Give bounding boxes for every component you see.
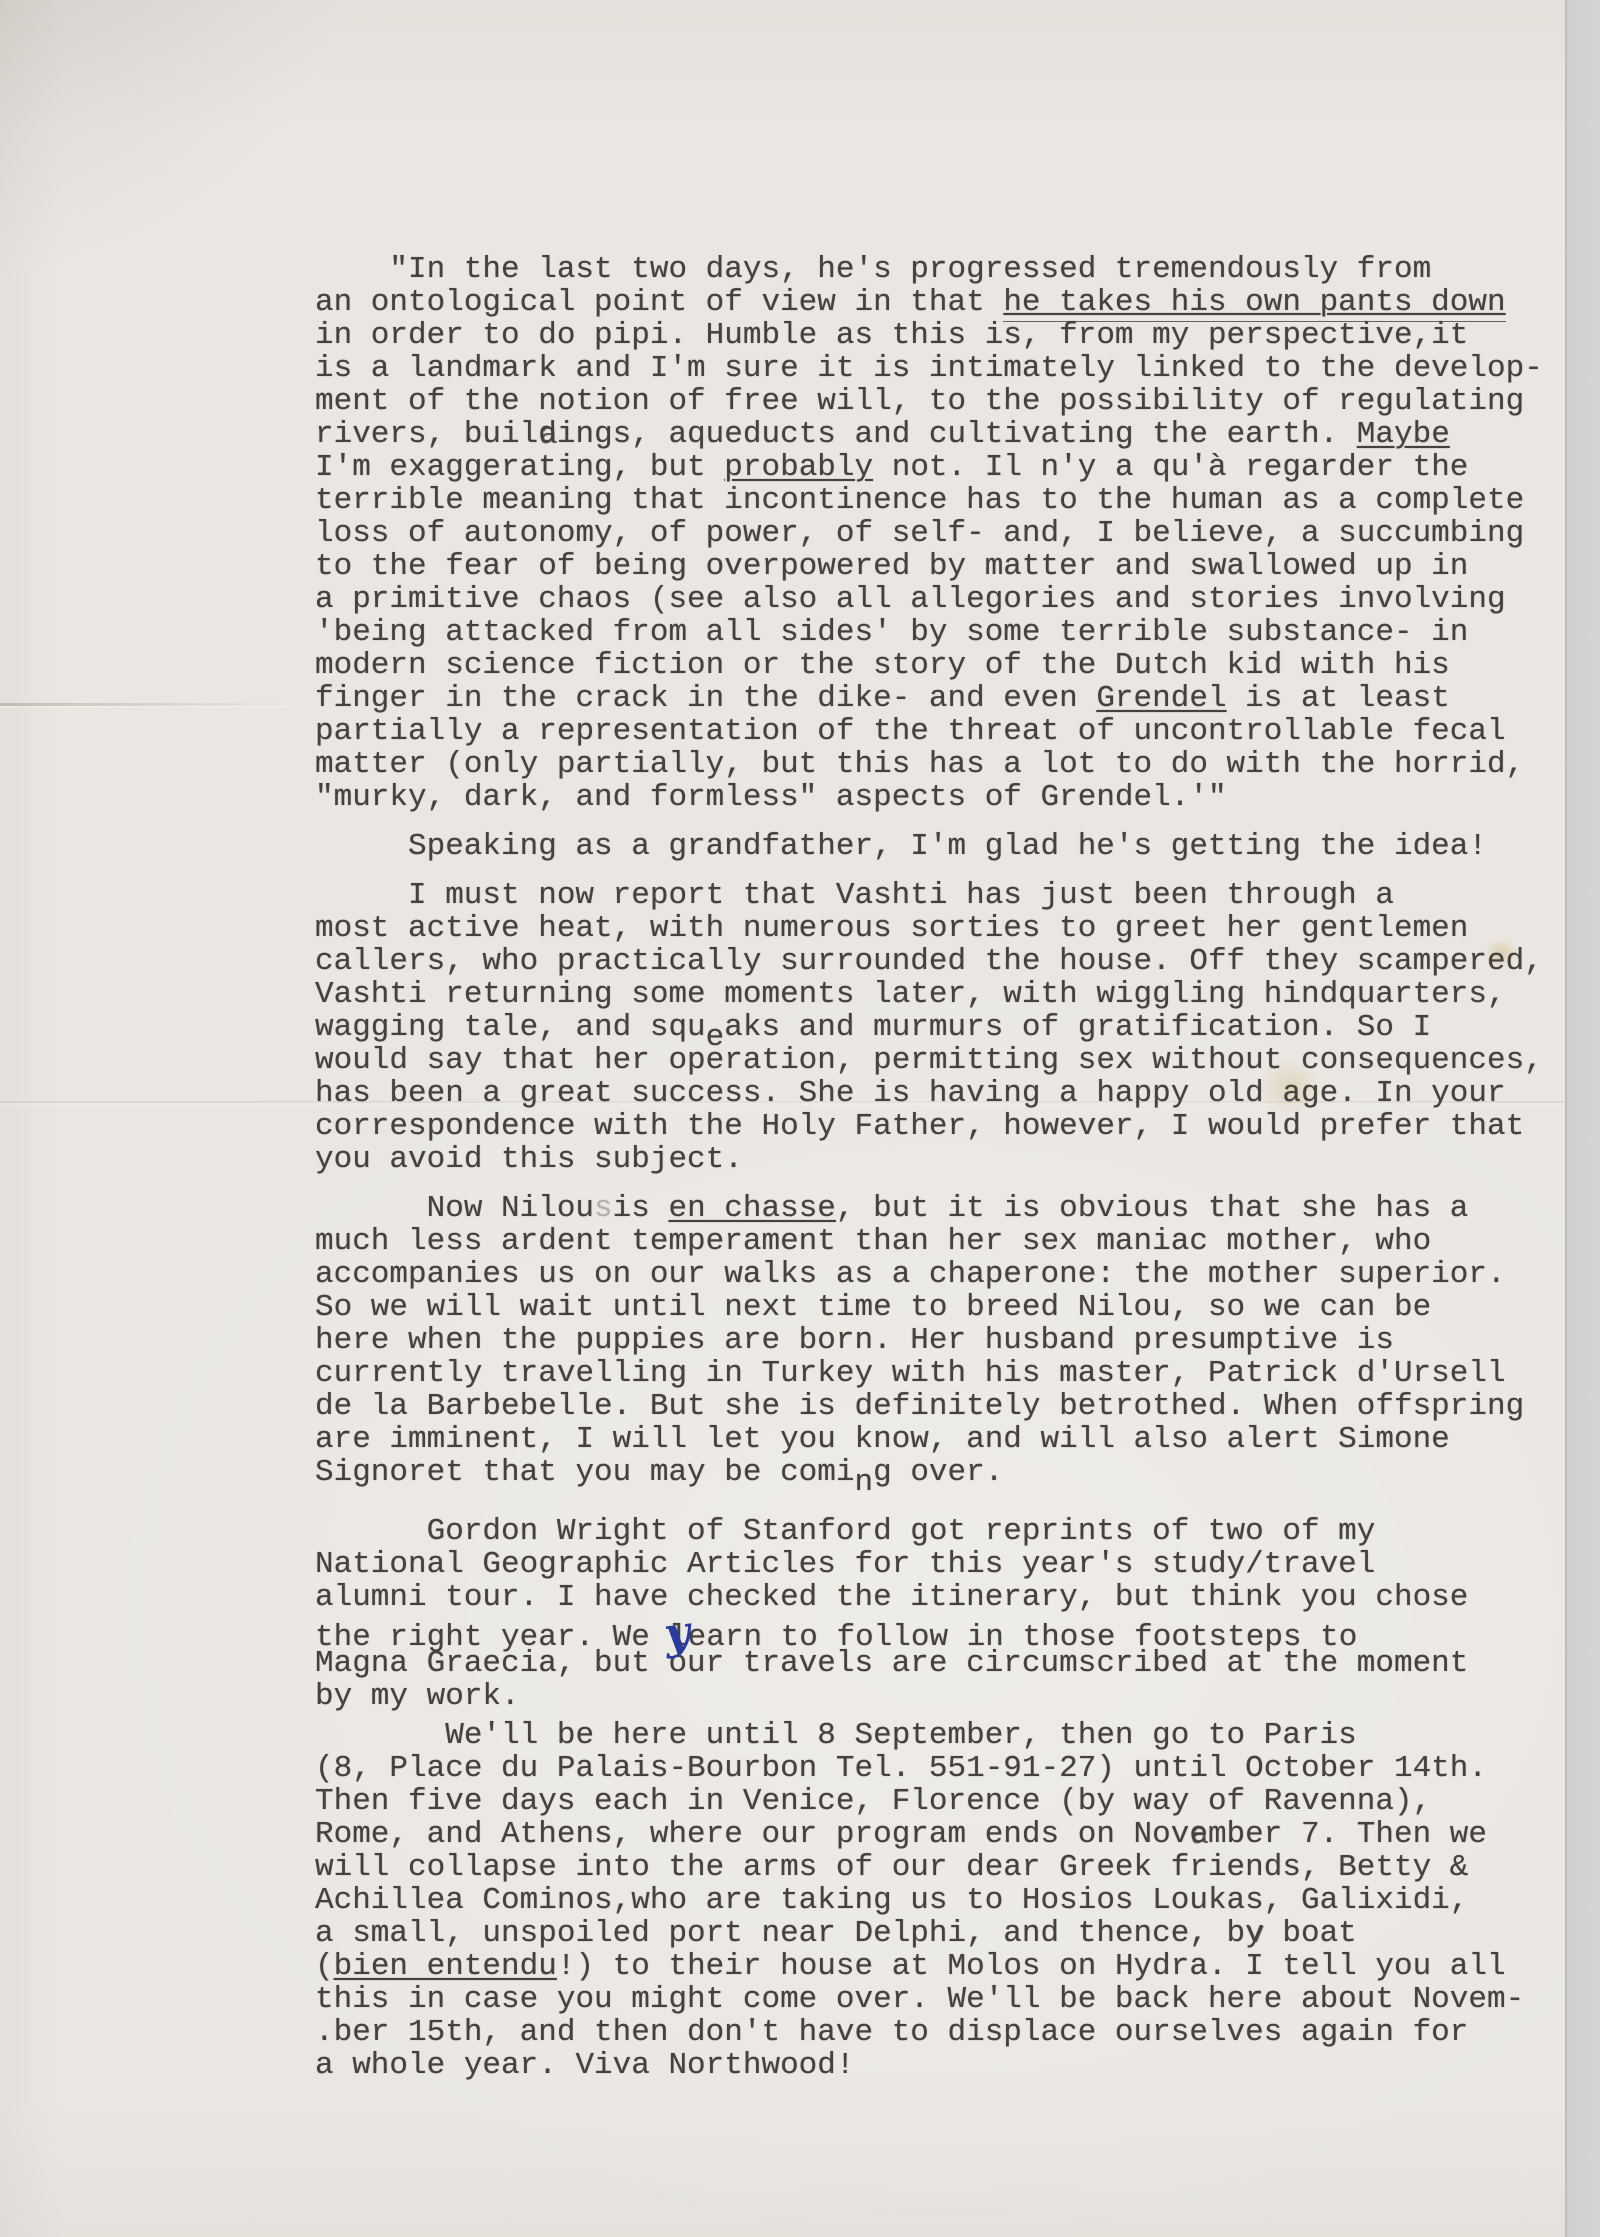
paragraph: I must now report that Vashti has just b… — [315, 879, 1565, 1176]
text-line: Magna Graecia, but our travels are circu… — [315, 1647, 1565, 1680]
text-line: correspondence with the Holy Father, how… — [315, 1110, 1565, 1143]
paragraph: We'll be here until 8 September, then go… — [315, 1719, 1565, 2082]
paragraph: Gordon Wright of Stanford got reprints o… — [315, 1515, 1565, 1713]
text-line: "murky, dark, and formless" aspects of G… — [315, 781, 1565, 814]
text-line: Vashti returning some moments later, wit… — [315, 978, 1565, 1011]
text-line: 'being attacked from all sides' by some … — [315, 616, 1565, 649]
text-line: So we will wait until next time to breed… — [315, 1291, 1565, 1324]
text-line: partially a representation of the threat… — [315, 715, 1565, 748]
text-line: are imminent, I will let you know, and w… — [315, 1423, 1565, 1456]
text-line: a whole year. Viva Northwood! — [315, 2049, 1565, 2082]
text-line: by my work. — [315, 1680, 1565, 1713]
text-line: terrible meaning that incontinence has t… — [315, 484, 1565, 517]
text-line: a primitive chaos (see also all allegori… — [315, 583, 1565, 616]
text-line: wagging tale, and squeaks and murmurs of… — [315, 1011, 1565, 1044]
text-line: Gordon Wright of Stanford got reprints o… — [315, 1515, 1565, 1548]
text-line: is a landmark and I'm sure it is intimat… — [315, 352, 1565, 385]
text-line: a small, unspoiled port near Delphi, and… — [315, 1917, 1565, 1950]
text-line: de la Barbebelle. But she is definitely … — [315, 1390, 1565, 1423]
paragraph: "In the last two days, he's progressed t… — [315, 253, 1565, 814]
text-line: "In the last two days, he's progressed t… — [315, 253, 1565, 286]
text-line: matter (only partially, but this has a l… — [315, 748, 1565, 781]
text-line: this in case you might come over. We'll … — [315, 1983, 1565, 2016]
text-line: (8, Place du Palais-Bourbon Tel. 551-91-… — [315, 1752, 1565, 1785]
text-line: callers, who practically surrounded the … — [315, 945, 1565, 978]
paper-edge — [1565, 0, 1600, 2237]
text-line: ment of the notion of free will, to the … — [315, 385, 1565, 418]
letter-body: "In the last two days, he's progressed t… — [0, 0, 1565, 2237]
text-line: an ontological point of view in that he … — [315, 286, 1565, 319]
text-line: loss of autonomy, of power, of self- and… — [315, 517, 1565, 550]
text-line: I'm exaggerating, but probably not. Il n… — [315, 451, 1565, 484]
text-line: much less ardent temperament than her se… — [315, 1225, 1565, 1258]
text-line: has been a great success. She is having … — [315, 1077, 1565, 1110]
text-line: Then five days each in Venice, Florence … — [315, 1785, 1565, 1818]
text-line: National Geographic Articles for this ye… — [315, 1548, 1565, 1581]
text-line: here when the puppies are born. Her husb… — [315, 1324, 1565, 1357]
text-line: you avoid this subject. — [315, 1143, 1565, 1176]
text-line: Achillea Cominos,who are taking us to Ho… — [315, 1884, 1565, 1917]
text-line: would say that her operation, permitting… — [315, 1044, 1565, 1077]
text-line: accompanies us on our walks as a chapero… — [315, 1258, 1565, 1291]
text-line: We'll be here until 8 September, then go… — [315, 1719, 1565, 1752]
text-line: Now Nilousis en chasse, but it is obviou… — [315, 1192, 1565, 1225]
text-line: rivers, buildings, aqueducts and cultiva… — [315, 418, 1565, 451]
text-line: (bien entendu!) to their house at Molos … — [315, 1950, 1565, 1983]
text-line: Signoret that you may be coming over. — [315, 1456, 1565, 1489]
scan-background: { "colors": { "paper": "#eae7e2", "ink":… — [0, 0, 1600, 2237]
paragraph: Now Nilousis en chasse, but it is obviou… — [315, 1192, 1565, 1489]
text-line: I must now report that Vashti has just b… — [315, 879, 1565, 912]
text-line: most active heat, with numerous sorties … — [315, 912, 1565, 945]
handwritten-correction: y — [663, 1616, 692, 1652]
paragraph: Speaking as a grandfather, I'm glad he's… — [315, 830, 1565, 863]
letter-page: "In the last two days, he's progressed t… — [0, 0, 1565, 2237]
text-line: modern science fiction or the story of t… — [315, 649, 1565, 682]
text-line: currently travelling in Turkey with his … — [315, 1357, 1565, 1390]
text-line: alumni tour. I have checked the itinerar… — [315, 1581, 1565, 1614]
text-line: the right year. We ylearn to follow in t… — [315, 1614, 1565, 1647]
text-line: in order to do pipi. Humble as this is, … — [315, 319, 1565, 352]
text-line: will collapse into the arms of our dear … — [315, 1851, 1565, 1884]
text-line: to the fear of being overpowered by matt… — [315, 550, 1565, 583]
text-line: .ber 15th, and then don't have to displa… — [315, 2016, 1565, 2049]
text-line: Rome, and Athens, where our program ends… — [315, 1818, 1565, 1851]
text-line: finger in the crack in the dike- and eve… — [315, 682, 1565, 715]
text-line: Speaking as a grandfather, I'm glad he's… — [315, 830, 1565, 863]
